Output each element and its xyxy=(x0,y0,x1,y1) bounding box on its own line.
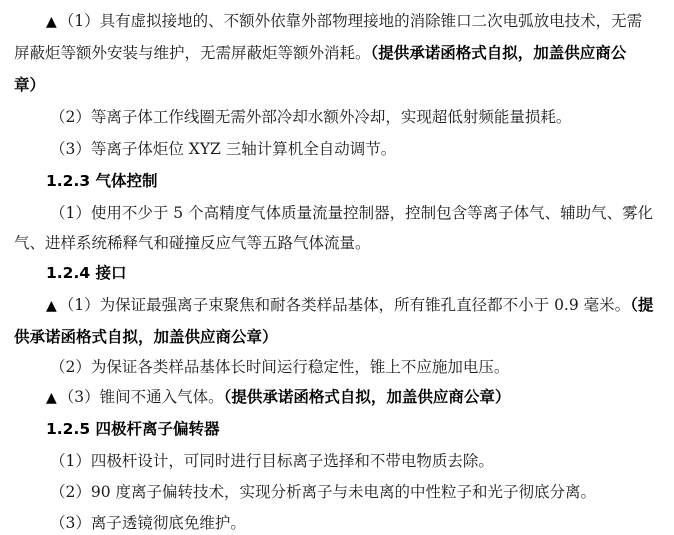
triangle-marker-icon: ▲ xyxy=(46,390,57,406)
text: （2）90 度离子偏转技术，实现分析离子与未电离的中性粒子和光子彻底分离。 xyxy=(50,483,596,501)
paragraph-1-line-3: 章） xyxy=(14,75,45,95)
quadrupole-item-2: （2）90 度离子偏转技术，实现分析离子与未电离的中性粒子和光子彻底分离。 xyxy=(50,482,596,502)
section-heading-quadrupole-deflector: 1.2.5 四极杆离子偏转器 xyxy=(46,419,220,439)
commitment-note: （提供承诺函格式自拟，加盖供应商公 xyxy=(371,44,627,62)
text: （1）四极杆设计，可同时进行目标离子选择和不带电物质去除。 xyxy=(50,452,494,470)
text: （3）锥间不通入气体。 xyxy=(59,388,224,406)
text: （3）等离子体炬位 XYZ 三轴计算机全自动调节。 xyxy=(50,140,396,158)
paragraph-1-line-1: ▲（1）具有虚拟接地的、不额外依靠外部物理接地的消除锥口二次电弧放电技术，无需 xyxy=(46,11,642,31)
text: （1）使用不少于 5 个高精度气体质量流量控制器，控制包含等离子体气、辅助气、雾… xyxy=(50,204,653,222)
paragraph-2: （2）等离子体工作线圈无需外部冷却水额外冷却，实现超低射频能量损耗。 xyxy=(50,107,571,127)
text: 气、进样系统稀释气和碰撞反应气等五路气体流量。 xyxy=(14,234,371,252)
commitment-note-end: 章） xyxy=(14,76,45,94)
commitment-note: （提供承诺函格式自拟，加盖供应商公章） xyxy=(224,388,511,406)
section-heading-gas-control: 1.2.3 气体控制 xyxy=(46,171,158,191)
text: （1）具有虚拟接地的、不额外依靠外部物理接地的消除锥口二次电弧放电技术，无需 xyxy=(59,12,642,30)
quadrupole-item-1: （1）四极杆设计，可同时进行目标离子选择和不带电物质去除。 xyxy=(50,451,494,471)
interface-item-1-line-1: ▲（1）为保证最强离子束聚焦和耐各类样品基体，所有锥孔直径都不小于 0.9 毫米… xyxy=(46,295,653,315)
commitment-note-end: 供承诺函格式自拟，加盖供应商公章） xyxy=(14,328,278,346)
interface-item-2: （2）为保证各类样品基体长时间运行稳定性，锥上不应施加电压。 xyxy=(50,357,509,377)
triangle-marker-icon: ▲ xyxy=(46,298,57,314)
interface-item-3: ▲（3）锥间不通入气体。（提供承诺函格式自拟，加盖供应商公章） xyxy=(46,387,510,407)
text: （2）为保证各类样品基体长时间运行稳定性，锥上不应施加电压。 xyxy=(50,358,509,376)
paragraph-3: （3）等离子体炬位 XYZ 三轴计算机全自动调节。 xyxy=(50,139,396,159)
gas-control-item-1-line-1: （1）使用不少于 5 个高精度气体质量流量控制器，控制包含等离子体气、辅助气、雾… xyxy=(50,203,653,223)
gas-control-item-1-line-2: 气、进样系统稀释气和碰撞反应气等五路气体流量。 xyxy=(14,233,371,253)
paragraph-1-line-2: 屏蔽炬等额外安装与维护，无需屏蔽炬等额外消耗。（提供承诺函格式自拟，加盖供应商公 xyxy=(14,43,626,63)
text: （3）离子透镜彻底免维护。 xyxy=(50,514,246,532)
triangle-marker-icon: ▲ xyxy=(46,14,57,30)
section-heading-interface: 1.2.4 接口 xyxy=(46,263,127,283)
commitment-note: （提 xyxy=(630,296,653,314)
interface-item-1-line-2: 供承诺函格式自拟，加盖供应商公章） xyxy=(14,327,278,347)
text: （1）为保证最强离子束聚焦和耐各类样品基体，所有锥孔直径都不小于 0.9 毫米。 xyxy=(59,296,630,314)
text: 屏蔽炬等额外安装与维护，无需屏蔽炬等额外消耗。 xyxy=(14,44,371,62)
text: （2）等离子体工作线圈无需外部冷却水额外冷却，实现超低射频能量损耗。 xyxy=(50,108,571,126)
quadrupole-item-3: （3）离子透镜彻底免维护。 xyxy=(50,513,246,533)
